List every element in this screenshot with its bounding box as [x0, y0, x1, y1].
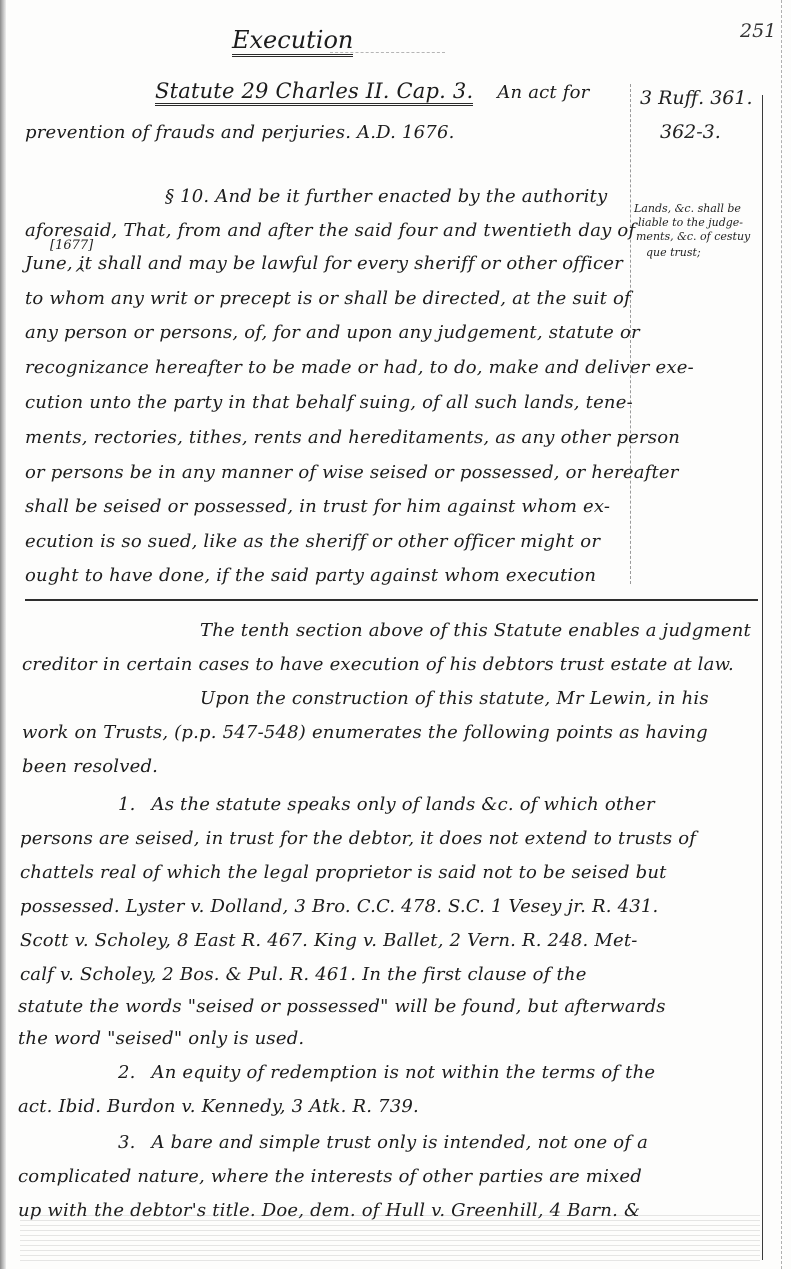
- section10-line: cution unto the party in that behalf sui…: [25, 392, 633, 414]
- margin-reference-2: 362-3.: [660, 121, 721, 143]
- point-2-line: act. Ibid. Burdon v. Kennedy, 3 Atk. R. …: [18, 1096, 419, 1118]
- point-text: As the statute speaks only of lands &c. …: [152, 794, 655, 815]
- page-number: 251: [740, 20, 776, 42]
- point-number: 2.: [118, 1062, 136, 1083]
- point-1-line: Scott v. Scholey, 8 East R. 467. King v.…: [20, 930, 638, 952]
- title-rule: [330, 52, 445, 53]
- margin-reference-1: 3 Ruff. 361.: [640, 87, 753, 109]
- point-2-line: 2. An equity of redemption is not within…: [118, 1062, 655, 1084]
- section10-line: § 10. And be it further enacted by the a…: [165, 186, 607, 208]
- section10-line: any person or persons, of, for and upon …: [25, 322, 640, 344]
- point-3-line: complicated nature, where the interests …: [18, 1166, 642, 1188]
- statute-heading: Statute 29 Charles II. Cap. 3.: [155, 79, 473, 106]
- scan-noise: [20, 1215, 760, 1265]
- page-binding-edge: [0, 0, 6, 1269]
- section10-line: ecution is so sued, like as the sheriff …: [25, 531, 600, 553]
- commentary-line: been resolved.: [22, 756, 158, 778]
- statute-heading-line-2: prevention of frauds and perjuries. A.D.…: [25, 122, 455, 144]
- section10-line: to whom any writ or precept is or shall …: [25, 288, 631, 310]
- point-3-line: 3. A bare and simple trust only is inten…: [118, 1132, 648, 1154]
- section10-line: aforesaid, That, from and after the said…: [25, 220, 635, 242]
- section10-line: shall be seised or possessed, in trust f…: [25, 496, 610, 518]
- point-1-line: possessed. Lyster v. Dolland, 3 Bro. C.C…: [20, 896, 658, 918]
- point-1-line: chattels real of which the legal proprie…: [20, 862, 667, 884]
- section-divider: [25, 599, 758, 601]
- section10-line: recognizance hereafter to be made or had…: [25, 357, 694, 379]
- statute-heading-rest: An act for: [497, 82, 589, 103]
- point-1-line: calf v. Scholey, 2 Bos. & Pul. R. 461. I…: [20, 964, 587, 986]
- point-text: An equity of redemption is not within th…: [152, 1062, 656, 1083]
- margin-sidenote-line: que trust;: [646, 246, 701, 260]
- right-margin-rule: [762, 95, 763, 1260]
- commentary-line: work on Trusts, (p.p. 547-548) enumerate…: [22, 722, 708, 744]
- insertion-note: [1677]: [50, 238, 93, 253]
- commentary-line: Upon the construction of this statute, M…: [200, 688, 709, 710]
- point-text: A bare and simple trust only is intended…: [152, 1132, 649, 1153]
- margin-sidenote-line: ments, &c. of cestuy: [636, 230, 750, 244]
- point-1-line: 1. As the statute speaks only of lands &…: [118, 794, 655, 816]
- commentary-line: creditor in certain cases to have execut…: [22, 654, 734, 676]
- commentary-line: The tenth section above of this Statute …: [200, 620, 751, 642]
- section10-line: ought to have done, if the said party ag…: [25, 565, 596, 587]
- margin-sidenote-line: Lands, &c. shall be: [634, 202, 741, 216]
- section10-line: or persons be in any manner of wise seis…: [25, 462, 679, 484]
- statute-heading-line: Statute 29 Charles II. Cap. 3. An act fo…: [155, 80, 589, 104]
- point-1-line: statute the words "seised or possessed" …: [18, 996, 666, 1018]
- manuscript-page: Execution 251 Statute 29 Charles II. Cap…: [0, 0, 791, 1269]
- point-1-line: the word "seised" only is used.: [18, 1028, 304, 1050]
- point-1-line: persons are seised, in trust for the deb…: [20, 828, 696, 850]
- point-number: 1.: [118, 794, 136, 815]
- page-edge-rule: [781, 0, 782, 1269]
- point-number: 3.: [118, 1132, 136, 1153]
- section10-line: ments, rectories, tithes, rents and here…: [25, 427, 680, 449]
- margin-sidenote-line: liable to the judge-: [638, 216, 743, 230]
- section10-line: June, it shall and may be lawful for eve…: [25, 253, 623, 275]
